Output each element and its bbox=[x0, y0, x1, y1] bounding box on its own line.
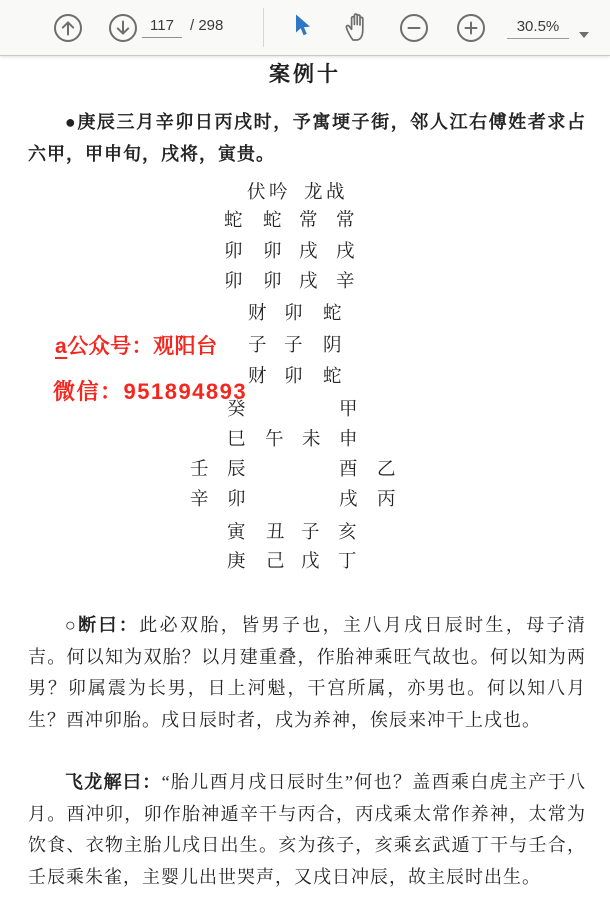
page-title: 案例十 bbox=[0, 58, 610, 88]
chart-cell: 卯 bbox=[224, 273, 243, 292]
chart-cell: 丑 bbox=[266, 524, 285, 543]
chart-cell: 蛇 bbox=[224, 212, 243, 231]
chart-cell: 吟 bbox=[269, 184, 288, 203]
caret-down-icon bbox=[579, 25, 589, 43]
paragraph-feilong: 飞龙解曰：“胎儿酉月戌日辰时生”何也？盖酉乘白虎主产于八月。酉冲卯，卯作胎神遁辛… bbox=[28, 767, 586, 893]
chart-cell: 卯 bbox=[224, 243, 243, 262]
circle-arrow-down-icon bbox=[108, 31, 138, 46]
chart-cell: 常 bbox=[299, 212, 318, 231]
circle-minus-icon bbox=[399, 31, 429, 46]
watermark-line2: 微信：951894893 bbox=[53, 375, 247, 406]
chart-cell: 午 bbox=[265, 431, 284, 450]
chart-cell: 卯 bbox=[284, 368, 303, 387]
zoom-out-button[interactable] bbox=[399, 13, 429, 43]
chart-cell: 寅 bbox=[227, 524, 246, 543]
judgment-lead: 断曰： bbox=[78, 615, 139, 635]
zoom-level-dropdown[interactable]: 30.5% bbox=[505, 14, 595, 44]
chart-cell: 未 bbox=[302, 431, 321, 450]
pdf-viewer-window: 案例十 ●庚辰三月辛卯日丙戌时，予寓埂子街，邻人江右傅姓者求占六甲，甲申旬，戌将… bbox=[0, 0, 610, 910]
chart-cell: 己 bbox=[266, 553, 285, 572]
circle-arrow-up-icon bbox=[53, 31, 83, 46]
pdf-toolbar: 117 / 298 bbox=[0, 0, 610, 56]
hand-tool-button[interactable] bbox=[343, 12, 371, 48]
page-number-input[interactable]: 117 bbox=[142, 15, 182, 38]
chart-cell: 辛 bbox=[336, 273, 355, 292]
chart-cell: 子 bbox=[284, 337, 303, 356]
chart-cell: 蛇 bbox=[323, 368, 342, 387]
chart-cell: 巳 bbox=[227, 431, 246, 450]
chart-cell: 戌 bbox=[339, 491, 358, 510]
chart-cell: 丙 bbox=[377, 491, 396, 510]
chart-cell: 戌 bbox=[299, 243, 318, 262]
chart-cell: 乙 bbox=[377, 461, 396, 480]
chart-cell: 戊 bbox=[301, 553, 320, 572]
chart-cell: 卯 bbox=[263, 273, 282, 292]
select-tool-button[interactable] bbox=[292, 14, 314, 42]
chart-cell: 阴 bbox=[323, 337, 342, 356]
chart-cell: 酉 bbox=[339, 461, 358, 480]
chart-cell: 卯 bbox=[263, 243, 282, 262]
chart-cell: 卯 bbox=[284, 305, 303, 324]
chart-cell: 申 bbox=[339, 431, 358, 450]
previous-page-button[interactable] bbox=[53, 13, 83, 43]
page-total-label: / 298 bbox=[190, 15, 223, 37]
chart-cell: 壬 bbox=[190, 461, 209, 480]
circle-plus-icon bbox=[456, 31, 486, 46]
watermark-letter-a: a bbox=[55, 335, 67, 358]
chart-cell: 辛 bbox=[190, 491, 209, 510]
zoom-level-value: 30.5% bbox=[507, 15, 569, 39]
zoom-in-button[interactable] bbox=[456, 13, 486, 43]
chart-cell: 战 bbox=[326, 184, 345, 203]
hand-icon bbox=[343, 30, 371, 47]
chart-cell: 丁 bbox=[338, 553, 357, 572]
chart-cell: 常 bbox=[336, 212, 355, 231]
cursor-arrow-icon bbox=[292, 24, 314, 41]
chart-cell: 财 bbox=[248, 305, 267, 324]
chart-cell: 戌 bbox=[336, 243, 355, 262]
chart-cell: 戌 bbox=[299, 273, 318, 292]
document-page[interactable]: 案例十 ●庚辰三月辛卯日丙戌时，予寓埂子街，邻人江右傅姓者求占六甲，甲申旬，戌将… bbox=[0, 0, 610, 910]
chart-cell: 甲 bbox=[339, 401, 358, 420]
next-page-button[interactable] bbox=[108, 13, 138, 43]
chart-cell: 子 bbox=[248, 337, 267, 356]
paragraph-case: ●庚辰三月辛卯日丙戌时，予寓埂子街，邻人江右傅姓者求占六甲，甲申旬，戌将，寅贵。 bbox=[28, 107, 586, 170]
judgment-marker: ○ bbox=[65, 615, 78, 635]
chart-cell: 伏 bbox=[247, 184, 266, 203]
chart-cell: 亥 bbox=[338, 524, 357, 543]
chart-cell: 辰 bbox=[227, 461, 246, 480]
feilong-lead: 飞龙解曰： bbox=[65, 772, 162, 792]
chart-cell: 子 bbox=[301, 524, 320, 543]
watermark-account: 公众号：观阳台 bbox=[67, 335, 218, 358]
chart-cell: 财 bbox=[248, 368, 267, 387]
toolbar-divider bbox=[263, 8, 264, 47]
watermark-line1: a公众号：观阳台 bbox=[55, 330, 218, 360]
chart-cell: 卯 bbox=[227, 491, 246, 510]
paragraph-judgment: ○断曰：此必双胎，皆男子也，主八月戌日辰时生，母子清吉。何以知为双胎？以月建重叠… bbox=[28, 610, 586, 736]
chart-cell: 蛇 bbox=[323, 305, 342, 324]
chart-cell: 蛇 bbox=[263, 212, 282, 231]
chart-cell: 龙 bbox=[304, 184, 323, 203]
chart-cell: 庚 bbox=[227, 553, 246, 572]
